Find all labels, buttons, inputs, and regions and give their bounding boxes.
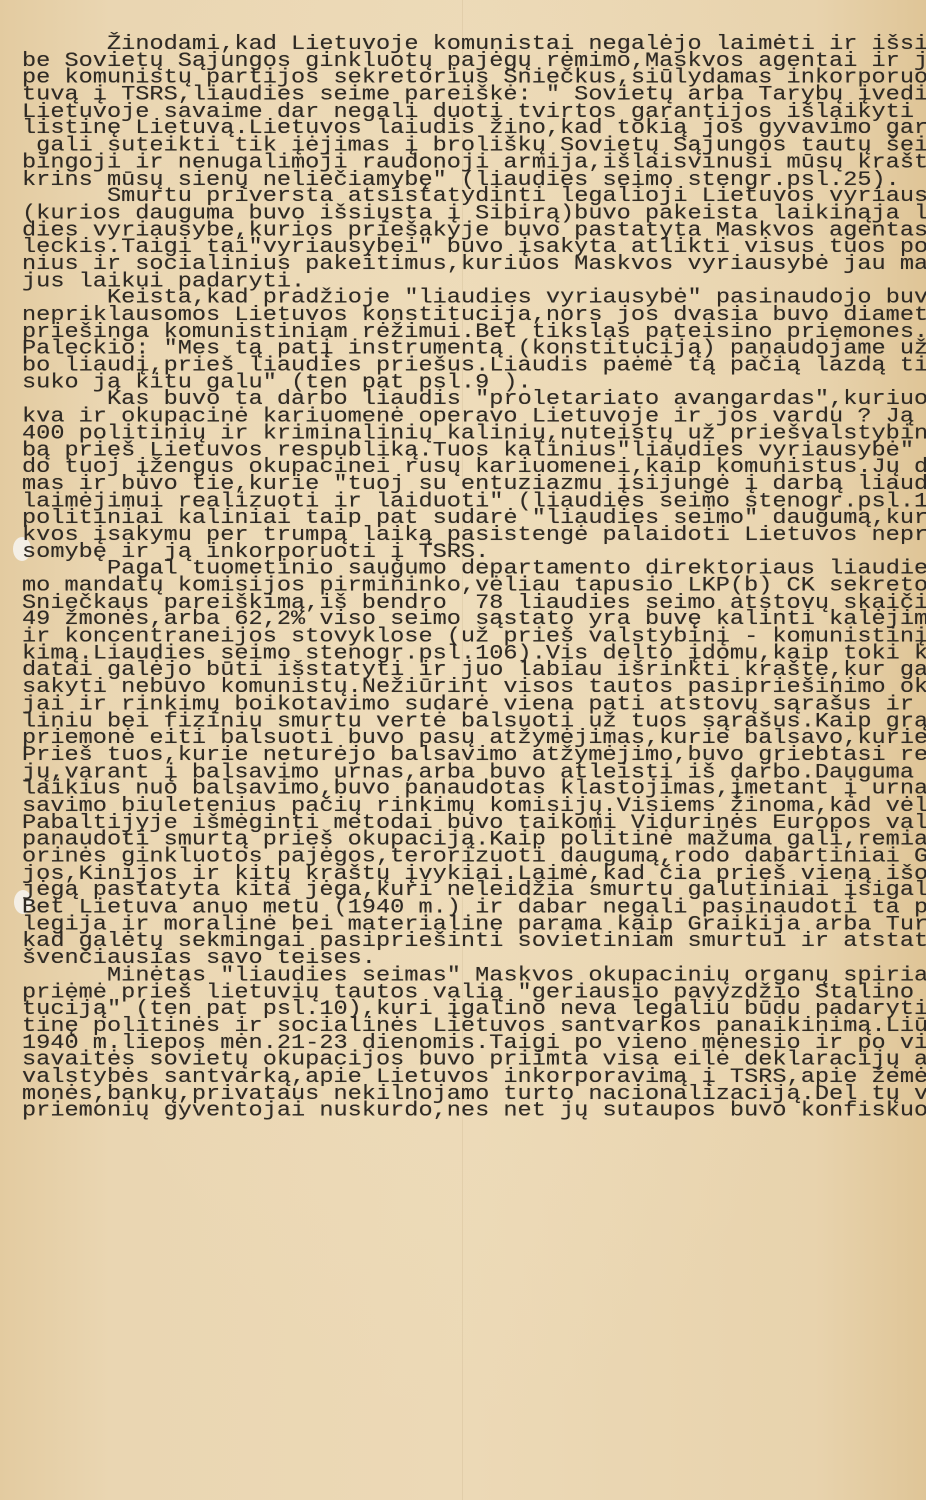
text-line: priemonių gyventojai nuskurdo,nes net jų… bbox=[22, 1103, 912, 1120]
document-body: Žinodami,kad Lietuvoje komunistai negalė… bbox=[22, 36, 912, 1120]
typewritten-page: Žinodami,kad Lietuvoje komunistai negalė… bbox=[0, 0, 926, 1500]
